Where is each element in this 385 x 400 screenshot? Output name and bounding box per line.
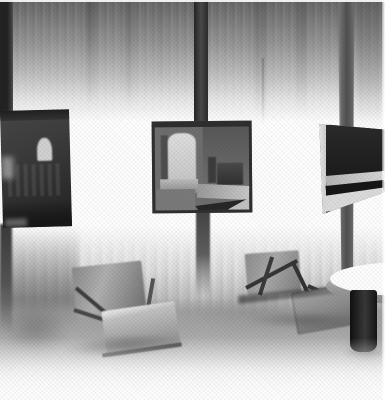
picture-left-base-highlight [5, 218, 27, 227]
curtain-fold [254, 0, 266, 118]
left-edge-post-lower [0, 224, 12, 334]
picture-center-light-band [197, 184, 250, 200]
picture-left-texture [7, 163, 64, 196]
left-edge-post [0, 0, 13, 117]
picture-left-frame-top [0, 109, 69, 121]
exhibition-room-photo [0, 0, 385, 400]
photo-edge-top [0, 0, 385, 2]
picture-center-cabinet [217, 163, 243, 185]
picture-center-floor-block [156, 189, 195, 211]
curtain-fold [86, 0, 95, 108]
picture-left-lamp-shape [37, 138, 53, 161]
picture-center [152, 121, 253, 214]
picture-center-dark-object [208, 157, 216, 183]
center-post-upper [194, 0, 208, 125]
chair-shadow [248, 312, 358, 328]
picture-right-dark-face [326, 125, 385, 177]
picture-center-light-chair [168, 133, 196, 183]
curtain-fold [297, 0, 306, 112]
curtain-seam [262, 58, 264, 128]
bottom-light-haze [0, 338, 385, 400]
picture-left [0, 109, 72, 228]
curtain-fold [125, 0, 133, 112]
curtain-fold [356, 0, 383, 130]
center-post-lower [196, 205, 210, 295]
curtain-fold [157, 0, 163, 92]
